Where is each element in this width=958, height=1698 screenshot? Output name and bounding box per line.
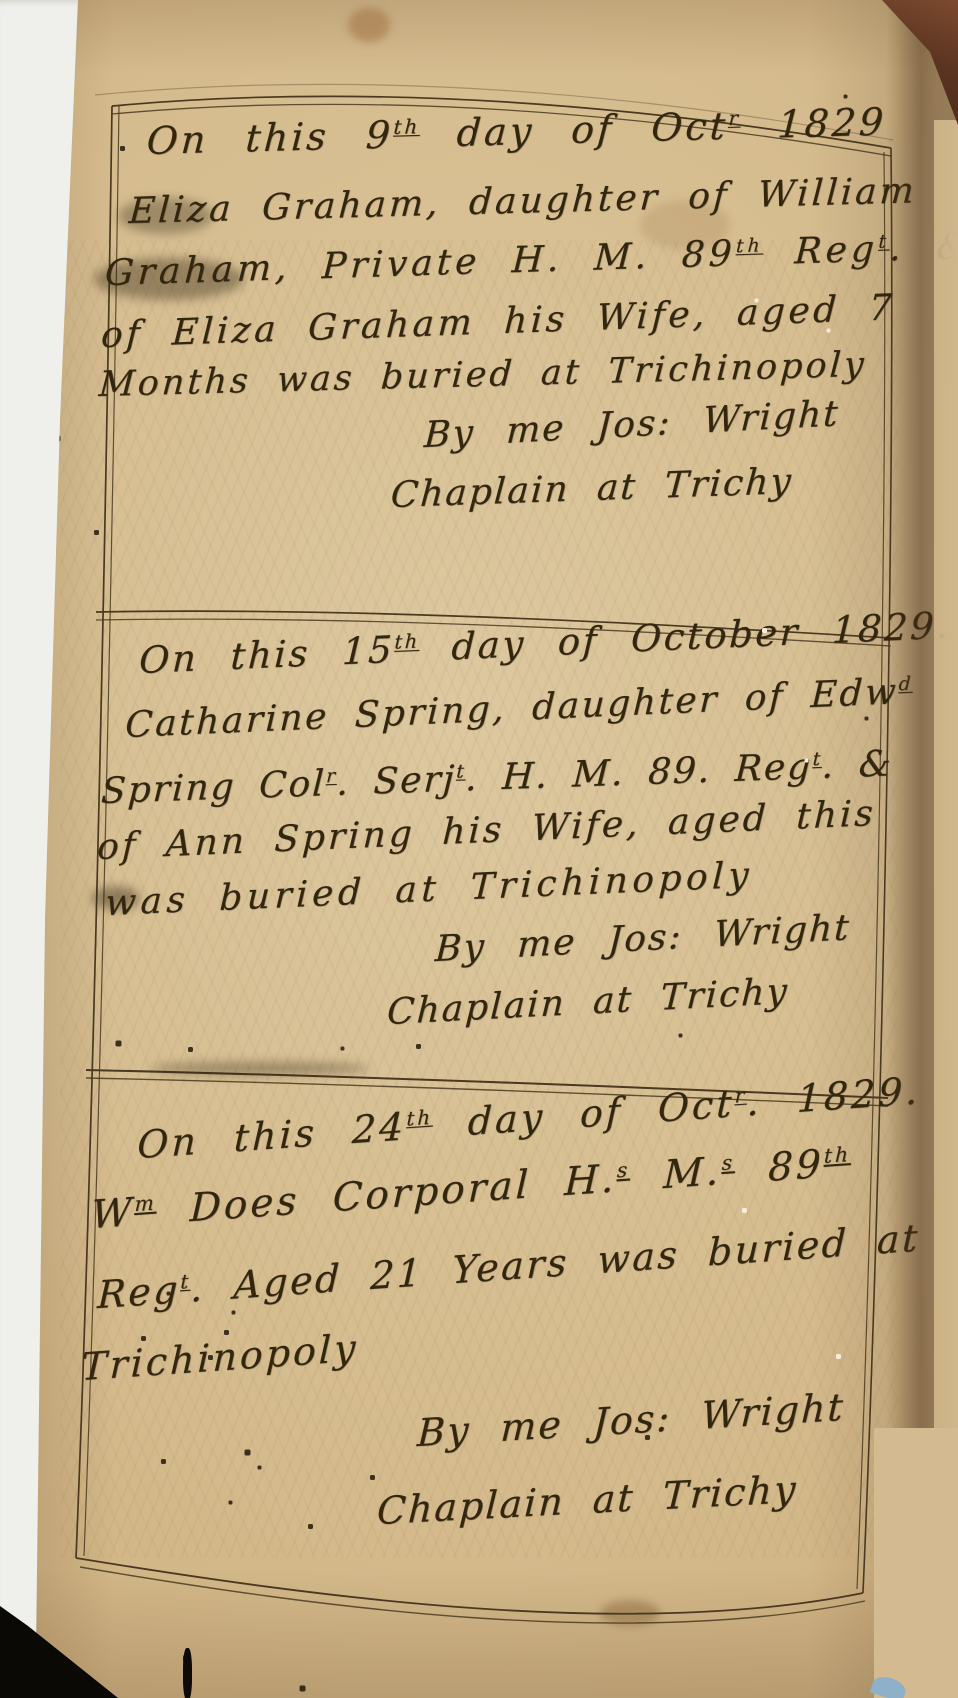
ink-smudge bbox=[150, 1062, 370, 1075]
ink-blot bbox=[183, 1648, 192, 1698]
adjacent-page-corner bbox=[874, 1428, 958, 1698]
register-page-photo: On this 9th day of Octr 1829 Eliza Graha… bbox=[0, 0, 958, 1698]
frame-bottom-border bbox=[80, 1567, 865, 1623]
